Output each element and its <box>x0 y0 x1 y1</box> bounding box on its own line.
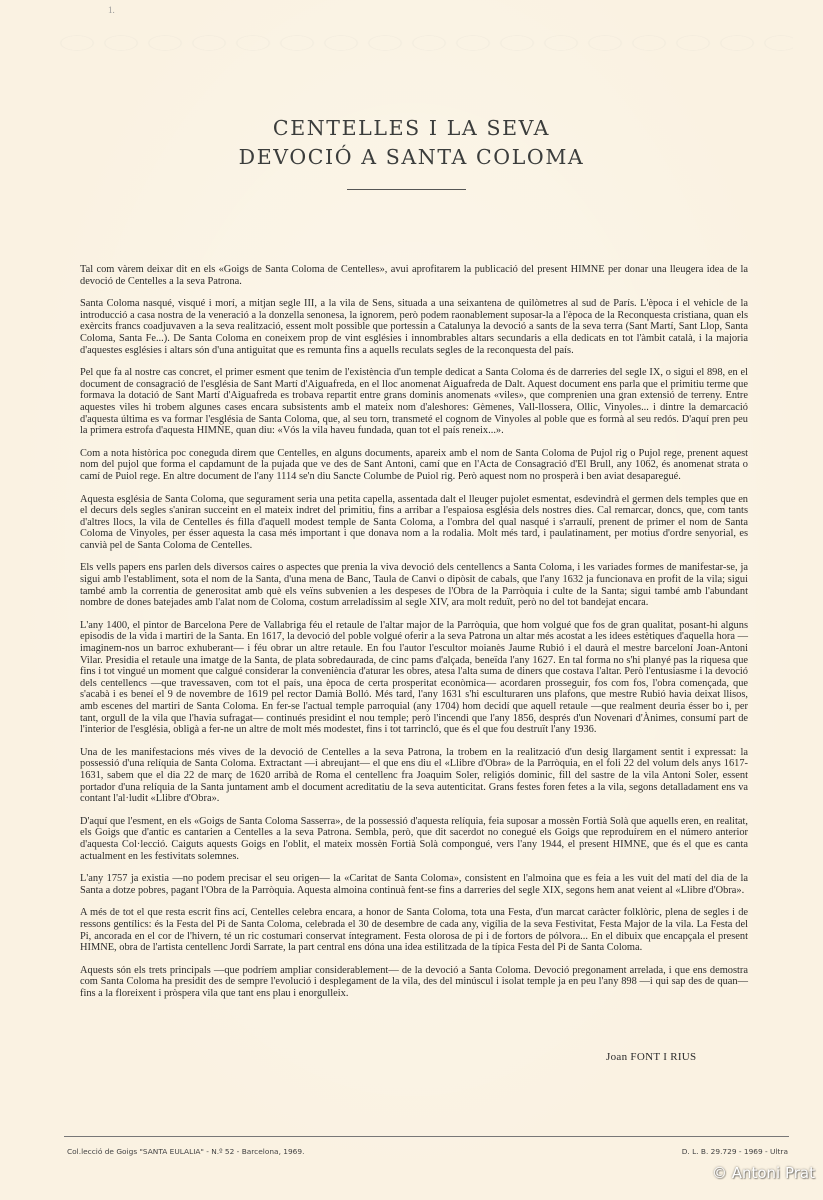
decorative-border <box>55 30 793 56</box>
paragraph-pujol-rig: Com a nota històrica poc coneguda direm … <box>80 448 748 483</box>
paragraph-origin: Santa Coloma nasqué, visqué i morí, a mi… <box>80 298 748 356</box>
article-body: Tal com vàrem deixar dit en els «Goigs d… <box>80 264 748 1010</box>
page-title: CENTELLES I LA SEVA DEVOCIÓ A SANTA COLO… <box>0 114 823 172</box>
paragraph-caritat: L'any 1757 ja existia —no podem precisar… <box>80 873 748 896</box>
paragraph-intro: Tal com vàrem deixar dit en els «Goigs d… <box>80 264 748 287</box>
paragraph-relic: Una de les manifestacions més vives de l… <box>80 747 748 805</box>
author-signature: Joan FONT I RIUS <box>606 1051 696 1063</box>
footer-divider <box>64 1136 789 1137</box>
paragraph-goigs: D'aquí que l'esment, en els «Goigs de Sa… <box>80 816 748 862</box>
title-divider <box>347 189 466 190</box>
paragraph-first-mention: Pel que fa al nostre cas concret, el pri… <box>80 367 748 437</box>
footer-legal-deposit: D. L. B. 29.729 - 1969 - Ultra <box>682 1147 788 1156</box>
title-line-1: CENTELLES I LA SEVA <box>0 114 823 143</box>
paragraph-festa-pi: A més de tot el que resta escrit fins ac… <box>80 907 748 953</box>
document-page: 1. CENTELLES I LA SEVA DEVOCIÓ A SANTA C… <box>0 0 823 1200</box>
title-line-2: DEVOCIÓ A SANTA COLOMA <box>0 143 823 172</box>
paragraph-conclusion: Aquests són els trets principals —que po… <box>80 965 748 1000</box>
copyright-watermark: © Antoni Prat <box>712 1164 815 1182</box>
paragraph-old-papers: Els vells papers ens parlen dels diverso… <box>80 562 748 608</box>
corner-mark: 1. <box>108 5 115 15</box>
footer-collection: Col.lecció de Goigs "SANTA EULALIA" - N.… <box>67 1147 304 1156</box>
paragraph-church: Aquesta església de Santa Coloma, que se… <box>80 494 748 552</box>
paragraph-altarpiece: L'any 1400, el pintor de Barcelona Pere … <box>80 620 748 736</box>
